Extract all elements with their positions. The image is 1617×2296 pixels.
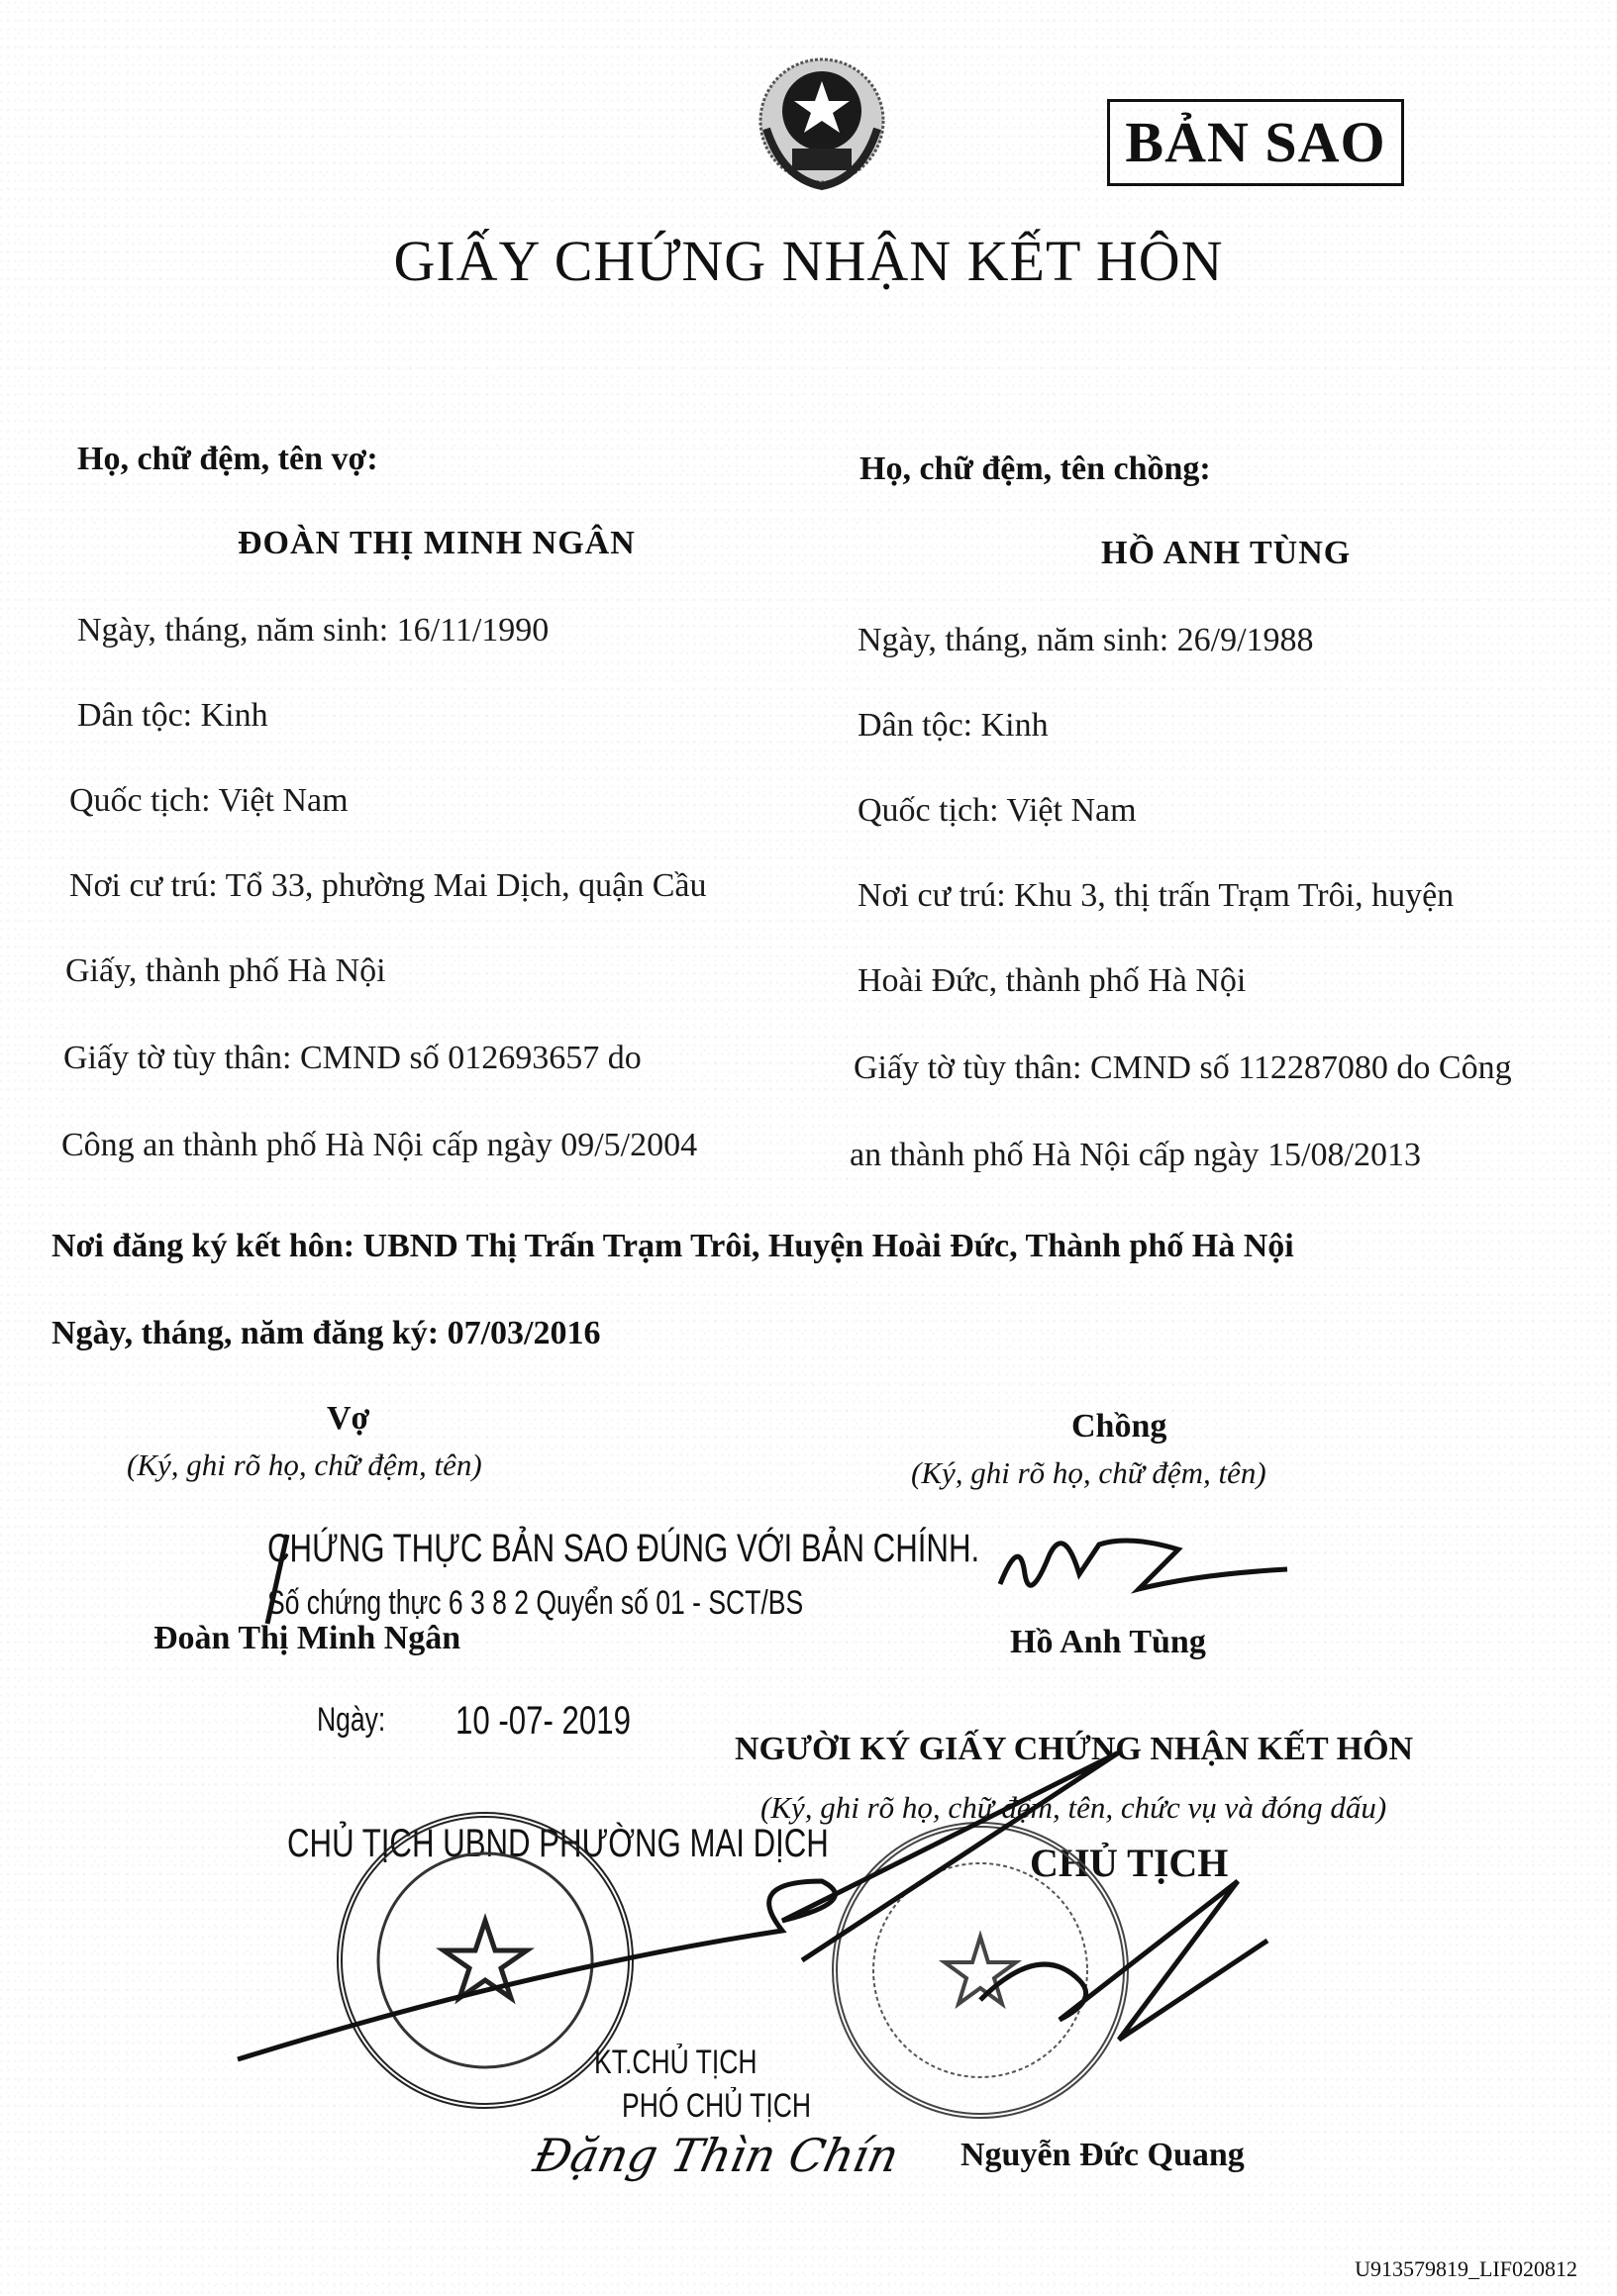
national-emblem-icon: [753, 50, 891, 198]
wife-residence-line2: Giấy, thành phố Hà Nội: [65, 952, 386, 990]
husband-name: HỒ ANH TÙNG: [1101, 535, 1351, 572]
husband-ethnicity: Dân tộc: Kinh: [858, 707, 1049, 745]
wife-nationality: Quốc tịch: Việt Nam: [69, 782, 349, 820]
copy-stamp: BẢN SAO: [1107, 99, 1404, 186]
deputy-name: Đặng Thìn Chín: [529, 2129, 903, 2182]
registration-place: Nơi đăng ký kết hôn: UBND Thị Trấn Trạm …: [51, 1228, 1294, 1265]
husband-birth-date: Ngày, tháng, năm sinh: 26/9/1988: [858, 622, 1314, 659]
wife-birth-date: Ngày, tháng, năm sinh: 16/11/1990: [77, 612, 549, 649]
husband-name-label: Họ, chữ đệm, tên chồng:: [859, 450, 1211, 488]
wife-signature-note: (Ký, ghi rõ họ, chữ đệm, tên): [127, 1447, 482, 1483]
document-code: U913579819_LIF020812: [1355, 2256, 1577, 2282]
wife-id-line2: Công an thành phố Hà Nội cấp ngày 09/5/2…: [61, 1127, 697, 1164]
husband-id-line1: Giấy tờ tùy thân: CMND số 112287080 do C…: [854, 1049, 1512, 1087]
husband-nationality: Quốc tịch: Việt Nam: [858, 792, 1137, 830]
wife-residence-line1: Nơi cư trú: Tổ 33, phường Mai Dịch, quận…: [69, 867, 707, 905]
deputy-line1: KT.CHỦ TỊCH: [594, 2044, 758, 2082]
wife-name: ĐOÀN THỊ MINH NGÂN: [238, 525, 636, 562]
signer-printed-name: Nguyễn Đức Quang: [960, 2137, 1245, 2174]
wife-ethnicity: Dân tộc: Kinh: [77, 697, 268, 735]
husband-signature-note: (Ký, ghi rõ họ, chữ đệm, tên): [911, 1455, 1266, 1491]
wife-signature-heading: Vợ: [327, 1400, 369, 1438]
registration-date: Ngày, tháng, năm đăng ký: 07/03/2016: [51, 1315, 601, 1352]
husband-signature-heading: Chồng: [1071, 1408, 1166, 1446]
wife-name-label: Họ, chữ đệm, tên vợ:: [77, 441, 378, 478]
deputy-line2: PHÓ CHỦ TỊCH: [622, 2087, 811, 2126]
wife-id-line1: Giấy tờ tùy thân: CMND số 012693657 do: [63, 1040, 642, 1077]
husband-residence-line1: Nơi cư trú: Khu 3, thị trấn Trạm Trôi, h…: [858, 877, 1454, 915]
document-title: GIẤY CHỨNG NHẬN KẾT HÔN: [0, 228, 1617, 294]
husband-residence-line2: Hoài Đức, thành phố Hà Nội: [858, 962, 1246, 1000]
official-signatures: [228, 1505, 1317, 2119]
husband-id-line2: an thành phố Hà Nội cấp ngày 15/08/2013: [850, 1137, 1421, 1174]
